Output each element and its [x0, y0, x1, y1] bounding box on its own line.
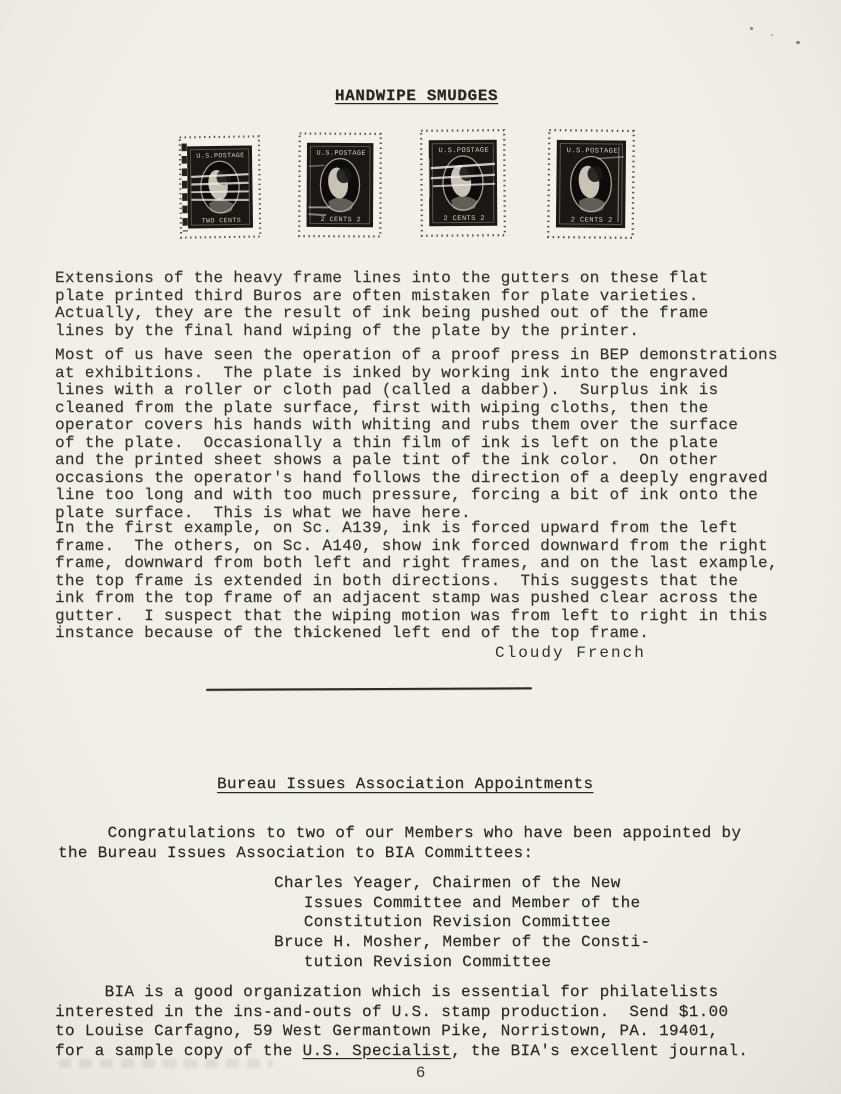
stamp-top-label: U.S.POSTAGE [316, 150, 365, 158]
scanned-newsletter-page: HANDWIPE SMUDGES U.S.POSTAGE TWO CENTS [0, 0, 841, 1094]
intro-paragraph: Congratulations to two of our Members wh… [58, 824, 741, 863]
stamp-image-2: U.S.POSTAGE 2 CENTS 2 [297, 131, 384, 239]
appointment-entry-yeager: Charles Yeager, Chairmen of the New Issu… [274, 874, 640, 933]
footnote-mark: * [306, 630, 314, 646]
section-divider [206, 687, 532, 691]
paragraph-2: Most of us have seen the operation of a … [55, 347, 778, 522]
closing-text-end: , the BIA's excellent journal. [451, 1042, 748, 1060]
author-signature: Cloudy French [495, 644, 646, 662]
paragraph-3: In the first example, on Sc. A139, ink i… [55, 520, 778, 643]
scan-speck [750, 27, 753, 30]
stamp-top-label: U.S.POSTAGE [438, 147, 489, 155]
appointment-entry-mosher: Bruce H. Mosher, Member of the Consti- t… [274, 933, 650, 972]
stamp-denomination-label: 2 CENTS 2 [321, 216, 361, 224]
paragraph-1: Extensions of the heavy frame lines into… [55, 270, 709, 340]
stamp-image-4: U.S.POSTAGE 2 CENTS 2 [544, 128, 637, 241]
stamp-denomination-label: TWO CENTS [202, 217, 242, 226]
stamp-top-label: U.S.POSTAGE [196, 152, 244, 161]
stamp-denomination-label: 2 CENTS 2 [444, 215, 485, 223]
scan-speck [771, 34, 773, 36]
page-title: HANDWIPE SMUDGES [0, 87, 833, 105]
stamp-denomination-label: 2 CENTS 2 [571, 216, 613, 224]
section-title: Bureau Issues Association Appointments [217, 775, 593, 793]
page-number: 6 [0, 1064, 841, 1082]
journal-name: U.S. Specialist [303, 1042, 452, 1060]
stamp-image-1: U.S.POSTAGE TWO CENTS [177, 133, 262, 240]
scan-speck [796, 41, 800, 44]
closing-paragraph: BIA is a good organization which is esse… [55, 983, 748, 1061]
stamp-top-label: U.S.POSTAGE [567, 147, 619, 156]
stamp-image-3: U.S.POSTAGE 2 CENTS 2 [419, 128, 508, 239]
